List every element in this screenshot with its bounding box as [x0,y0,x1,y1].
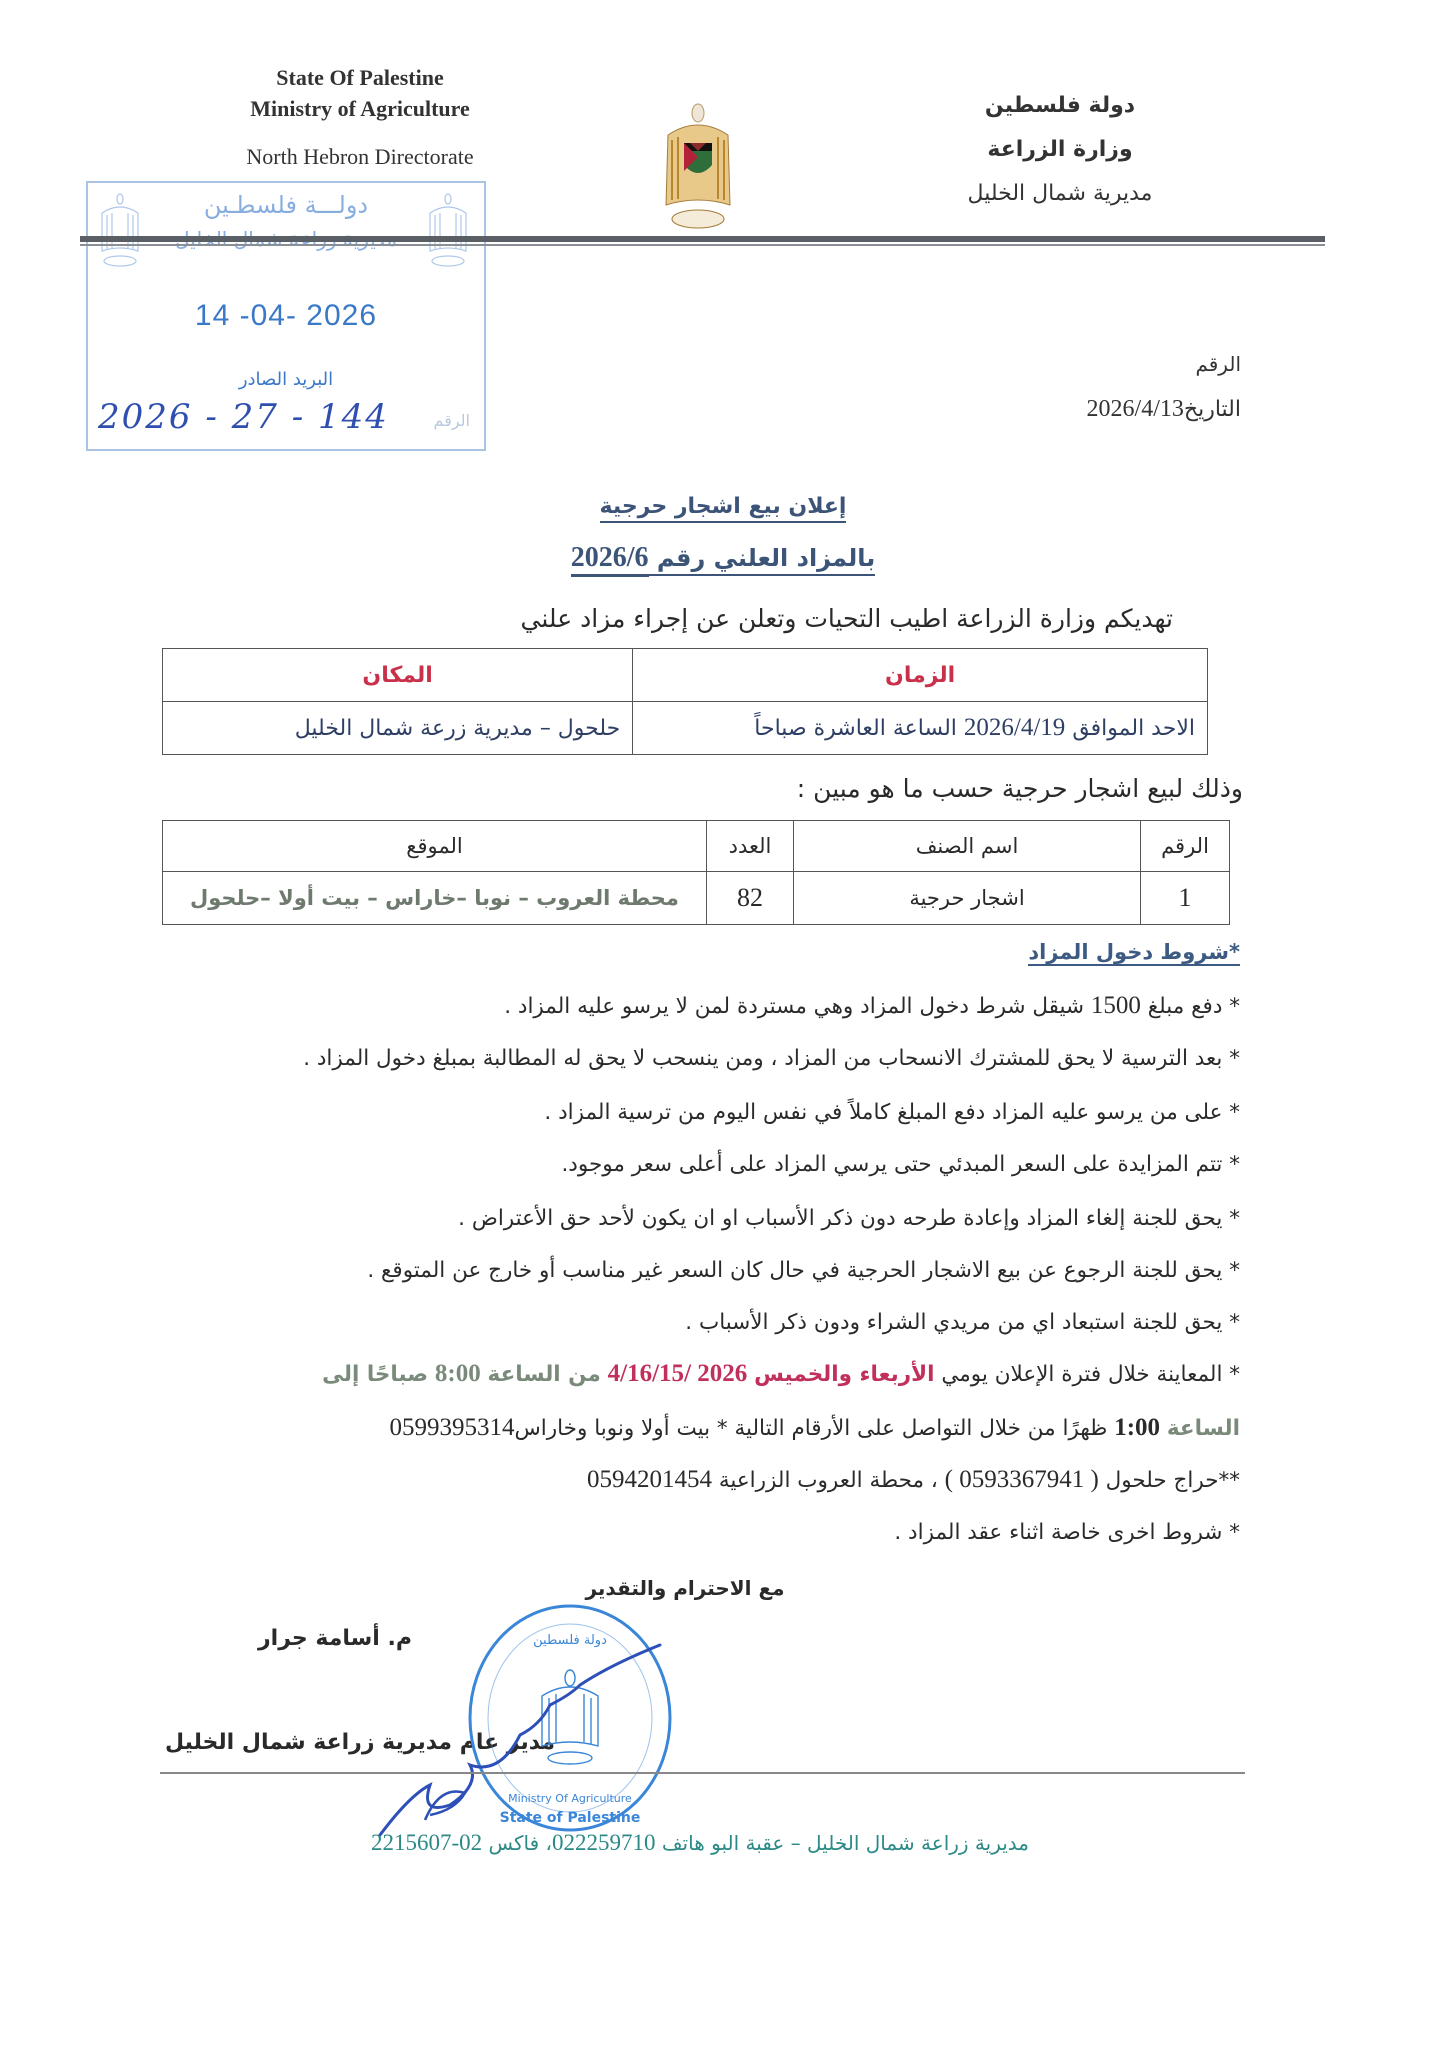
table-row: 1 اشجار حرجية 82 محطة العروب – نوبا –خار… [163,872,1230,925]
state-name-ar: دولة فلسطين [940,84,1180,128]
directorate-name-ar: مديرية شمال الخليل [940,172,1180,216]
auction-number-title: بالمزاد العلني رقم 2026/6 [0,542,1446,574]
cell-item-name: اشجار حرجية [794,872,1141,925]
col-header-item-name: اسم الصنف [794,821,1141,872]
items-lead-text: وذلك لبيع اشجار حرجية حسب ما هو مبين : [797,774,1243,803]
handwritten-signature [370,1615,690,1855]
state-name-en: State Of Palestine [190,62,530,93]
outgoing-mail-stamp: دولـــة فلسطـين مديرية زراعة شمال الخليل… [86,181,486,451]
col-header-number: الرقم [1141,821,1230,872]
col-header-count: العدد [707,821,794,872]
ministry-name-en: Ministry of Agriculture [190,93,530,124]
header-divider [80,236,1325,242]
date-label: التاريخ [1184,397,1241,422]
condition-item: * يحق للجنة الرجوع عن بيع الاشجار الحرجي… [367,1258,1240,1283]
inspection-line-1: * المعاينة خلال فترة الإعلان يومي الأربع… [322,1360,1240,1388]
stamp-handwritten-number: 2026 - 27 - 144 [98,397,389,437]
stamp-date: 14 -04- 2026 [88,299,484,333]
palestine-eagle-emblem-icon [660,95,736,235]
footer-divider [160,1772,1245,1774]
ministry-name-ar: وزارة الزراعة [940,128,1180,172]
place-value: حلحول – مديرية زرعة شمال الخليل [163,702,633,755]
time-header: الزمان [633,649,1208,702]
condition-item: * دفع مبلغ 1500 شيقل شرط دخول المزاد وهي… [504,992,1240,1020]
stamp-label: البريد الصادر [88,369,484,390]
condition-item: * بعد الترسية لا يحق للمشترك الانسحاب من… [303,1046,1240,1071]
place-header: المكان [163,649,633,702]
condition-item: * على من يرسو عليه المزاد دفع المبلغ كام… [544,1100,1240,1125]
inspection-line-2: الساعة 1:00 ظهرًا من خلال التواصل على ال… [390,1414,1240,1442]
footer-contact: مديرية زراعة شمال الخليل – عقبة البو هات… [350,1830,1050,1856]
header-divider-thin [80,244,1325,246]
time-place-table: الزمان المكان الاحد الموافق 2026/4/19 ال… [162,648,1208,755]
condition-item-last: * شروط اخرى خاصة اثناء عقد المزاد . [894,1520,1240,1545]
cell-number: 1 [1141,872,1230,925]
condition-item: * يحق للجنة استبعاد اي من مريدي الشراء و… [685,1310,1240,1335]
english-letterhead: State Of Palestine Ministry of Agricultu… [190,62,530,170]
closing-salutation: مع الاحترام والتقدير [560,1576,810,1600]
items-table: الرقم اسم الصنف العدد الموقع 1 اشجار حرج… [162,820,1230,925]
col-header-location: الموقع [163,821,707,872]
stamp-title: دولـــة فلسطـين [88,191,484,219]
conditions-title: *شروط دخول المزاد [1028,940,1240,964]
time-value: الاحد الموافق 2026/4/19 الساعة العاشرة ص… [633,702,1208,755]
announcement-title: إعلان بيع اشجار حرجية [0,494,1446,519]
table-header-row: الرقم اسم الصنف العدد الموقع [163,821,1230,872]
directorate-name-en: North Hebron Directorate [190,144,530,170]
condition-item: * يحق للجنة إلغاء المزاد وإعادة طرحه دون… [458,1206,1240,1231]
stamp-number-label: الرقم [434,411,470,430]
date-value: 2026/4/13 [1087,396,1184,422]
condition-item: * تتم المزايدة على السعر المبدئي حتى يرس… [561,1152,1240,1177]
reference-date: التاريخ2026/4/13 [1087,396,1241,423]
cell-location: محطة العروب – نوبا –خاراس – بيت أولا –حل… [163,872,707,925]
reference-number-label: الرقم [1195,352,1241,376]
intro-text: تهديكم وزارة الزراعة اطيب التحيات وتعلن … [521,604,1173,633]
cell-count: 82 [707,872,794,925]
contacts-line: **حراج حلحول ( 0593367941 ) ، محطة العرو… [587,1466,1240,1494]
arabic-letterhead: دولة فلسطين وزارة الزراعة مديرية شمال ال… [940,84,1180,216]
